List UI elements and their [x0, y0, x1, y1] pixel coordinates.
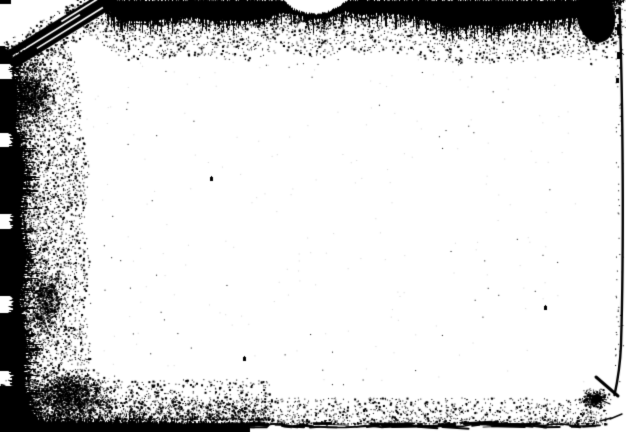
grunge-paper-frame	[0, 0, 626, 432]
grunge-texture-canvas	[0, 0, 626, 432]
